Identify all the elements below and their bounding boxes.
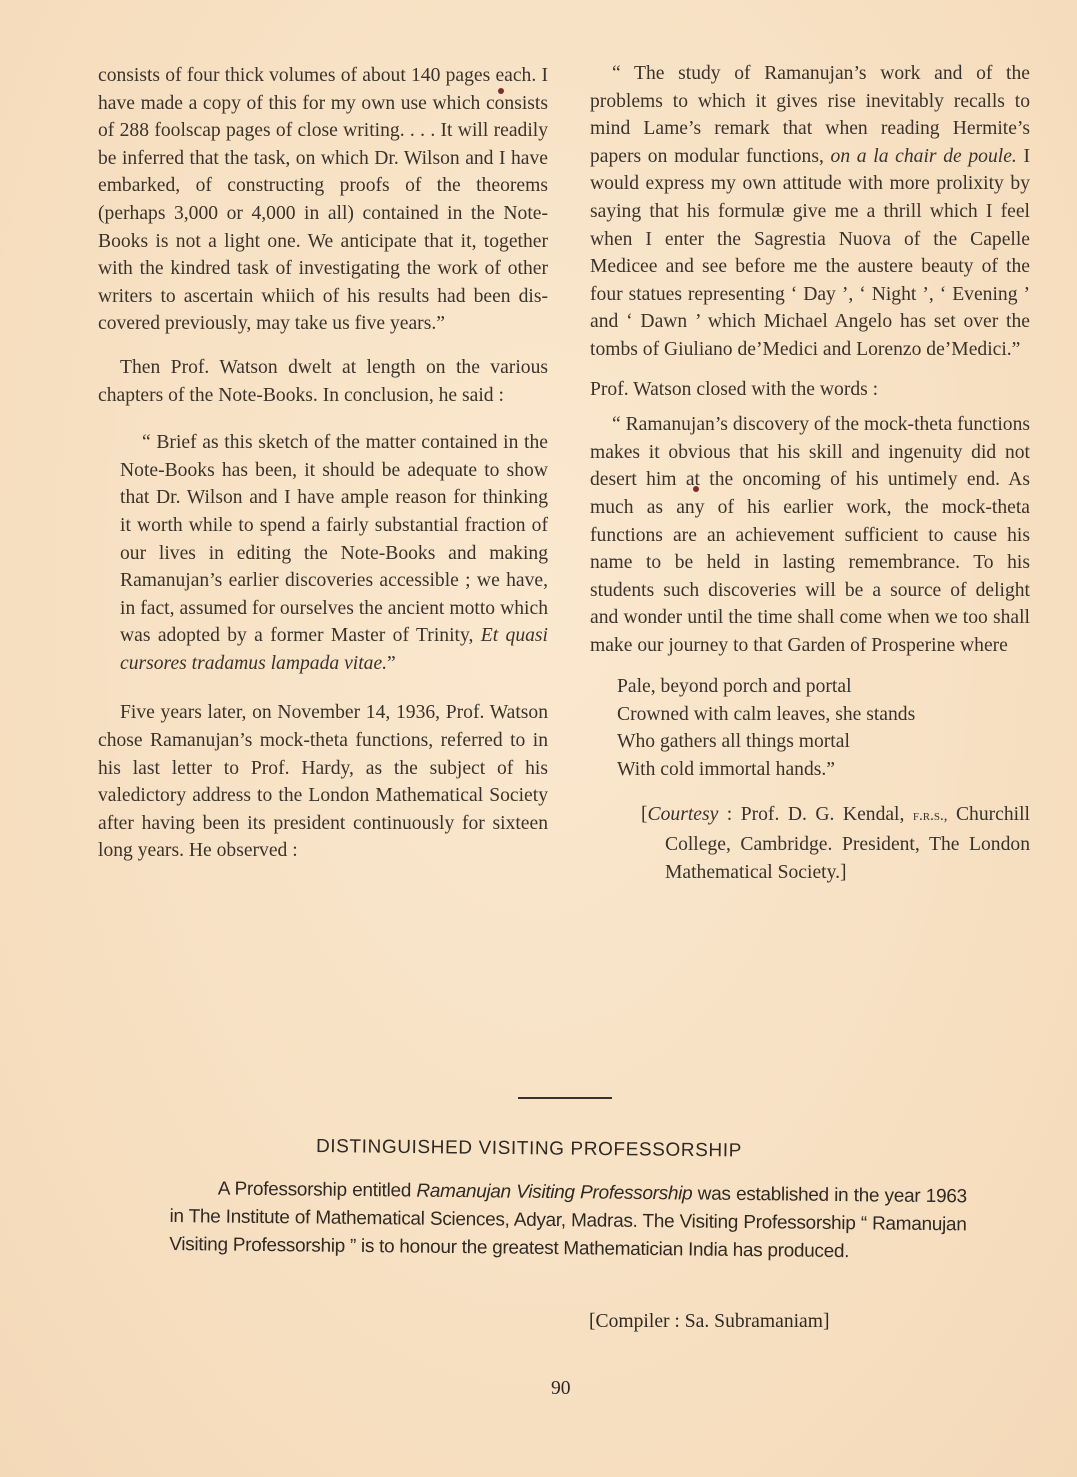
- right-quote-study-of-ramanujan: “ The study of Ramanujan’s work and of t…: [590, 60, 1030, 364]
- ink-speck-decoration: [693, 486, 699, 492]
- left-paragraph-five-years-later: Five years later, on November 14, 1936, …: [98, 699, 548, 865]
- section-divider-rule: [518, 1097, 612, 1099]
- french-phrase: on a la chair de poule.: [831, 146, 1017, 167]
- poem-stanza: Pale, beyond porch and portal Crowned wi…: [590, 673, 1030, 783]
- courtesy-credit: [Courtesy : Prof. D. G. Kendal, f.r.s., …: [590, 801, 1030, 886]
- left-column: consists of four thick volumes of about …: [98, 62, 548, 865]
- courtesy-label: Courtesy: [648, 804, 719, 825]
- right-column: “ The study of Ramanujan’s work and of t…: [590, 60, 1030, 886]
- poem-line: With cold immortal hands.”: [617, 756, 1030, 784]
- closing-quote: ”: [387, 653, 396, 674]
- professorship-name: Ramanujan Visiting Professorship: [416, 1181, 692, 1205]
- page-number: 90: [551, 1378, 571, 1400]
- document-page: consists of four thick volumes of about …: [0, 0, 1077, 1477]
- right-quote-mock-theta: “ Ramanujan’s discovery of the mock-thet…: [590, 411, 1030, 659]
- right-paragraph-watson-closed: Prof. Watson closed with the words :: [590, 376, 1030, 404]
- section-body: A Professorship entitled Ramanujan Visit…: [169, 1175, 967, 1267]
- poem-line: Pale, beyond porch and portal: [617, 673, 1030, 701]
- poem-line: Crowned with calm leaves, she stands: [617, 701, 1030, 729]
- compiler-credit: [Compiler : Sa. Subramaniam]: [589, 1311, 830, 1333]
- section-heading: DISTINGUISHED VISITING PROFESSORSHIP: [316, 1136, 742, 1162]
- left-blockquote-brief-sketch: “ Brief as this sketch of the matter con…: [98, 429, 548, 677]
- poem-line: Who gathers all things mortal: [617, 728, 1030, 756]
- ink-speck-decoration: [498, 88, 504, 94]
- left-paragraph-notebooks-copy: consists of four thick volumes of about …: [98, 62, 548, 338]
- honorific: f.r.s.,: [913, 808, 948, 824]
- blockquote-text: “ Brief as this sketch of the matter con…: [120, 432, 548, 646]
- left-paragraph-watson-dwelt: Then Prof. Watson dwelt at length on the…: [98, 354, 548, 409]
